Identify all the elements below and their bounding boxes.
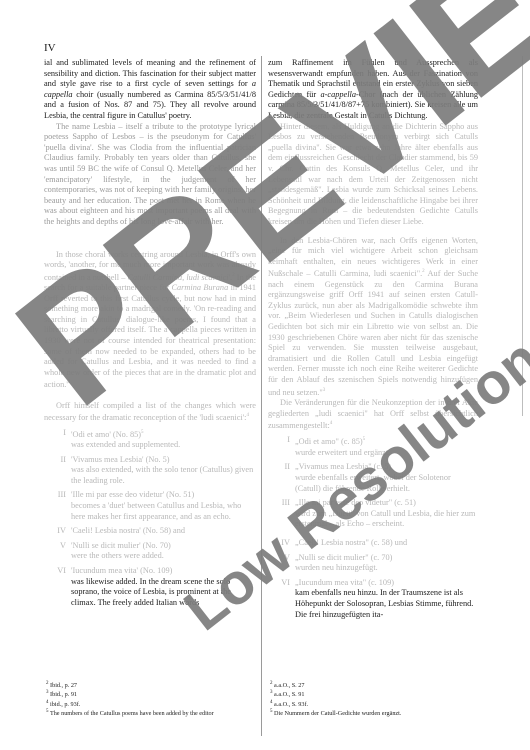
- changes-list: I'Odi et amo' (No. 85)5was extended and …: [44, 428, 256, 609]
- right-column-german: zum Raffinement im Fühlen und Ausspreche…: [268, 58, 478, 624]
- footnote: 4 ibid., p. 93f.: [46, 699, 258, 708]
- footnotes-english: 2 Ibid., p. 27 3 Ibid., p. 91 4 ibid., p…: [46, 680, 258, 717]
- footnote: 4 a.a.O., S. 93f.: [270, 699, 480, 708]
- list-item: II„Vivamus mea Lesbia" (c. 5)wurde ebenf…: [268, 462, 478, 494]
- list-item: III'Ille mi par esse deo videtur' (No. 5…: [44, 490, 256, 522]
- page-number: IV: [44, 42, 56, 54]
- list-item: IV„Caeli! Lesbia nostra" (c. 58) und: [268, 538, 478, 549]
- list-item: VI„Iucundum mea vita" (c. 109)kam ebenfa…: [268, 578, 478, 620]
- paragraph: The name Lesbia – itself a tribute to th…: [44, 122, 256, 228]
- list-item: I'Odi et amo' (No. 85)5was extended and …: [44, 428, 256, 451]
- list-item: V'Nulli se dicit mulier' (No. 70)were th…: [44, 541, 256, 562]
- column-divider: [261, 56, 262, 736]
- footnotes-german: 2 a.a.O., S. 27 3 a.a.O., S. 91 4 a.a.O.…: [270, 680, 480, 717]
- list-item: IV'Caeli! Lesbia nostra' (No. 58) and: [44, 526, 256, 537]
- paragraph: ial and sublimated levels of meaning and…: [44, 58, 256, 122]
- footnote: 5 The numbers of the Catullus poems have…: [46, 708, 258, 717]
- paragraph: Die Veränderungen für die Neukonzeption …: [268, 398, 478, 432]
- list-item: II'Vivamus mea Lesbia' (No. 5)was also e…: [44, 455, 256, 487]
- paragraph: Orff himself compiled a list of the chan…: [44, 401, 256, 424]
- changes-list: I„Odi et amo" (c. 85)5wurde erweitert un…: [268, 435, 478, 620]
- footnote: 3 a.a.O., S. 91: [270, 689, 480, 698]
- footnote: 5 Die Nummern der Catull-Gedichte wurden…: [270, 708, 480, 717]
- footnote: 2 Ibid., p. 27: [46, 680, 258, 689]
- list-item: V„Nulli se dicit mulier" (c. 70)wurden n…: [268, 553, 478, 574]
- list-item: I„Odi et amo" (c. 85)5wurde erweitert un…: [268, 435, 478, 458]
- paragraph: In den Lesbia-Chören war, nach Orffs eig…: [268, 236, 478, 398]
- paragraph: Hinter diesem, als Huldigung an die Dich…: [268, 122, 478, 228]
- list-item: VI'Iucundum mea vita' (No. 109)was likew…: [44, 566, 256, 608]
- footnote: 2 a.a.O., S. 27: [270, 680, 480, 689]
- page-edge-line: [522, 56, 523, 416]
- footnote: 3 Ibid., p. 91: [46, 689, 258, 698]
- list-item: III„Ille mi par esse deo videtur" (c. 51…: [268, 498, 478, 530]
- left-column-english: ial and sublimated levels of meaning and…: [44, 58, 256, 612]
- paragraph: zum Raffinement im Fühlen und Ausspreche…: [268, 58, 478, 122]
- paragraph: In those choral works centring around Le…: [44, 250, 256, 391]
